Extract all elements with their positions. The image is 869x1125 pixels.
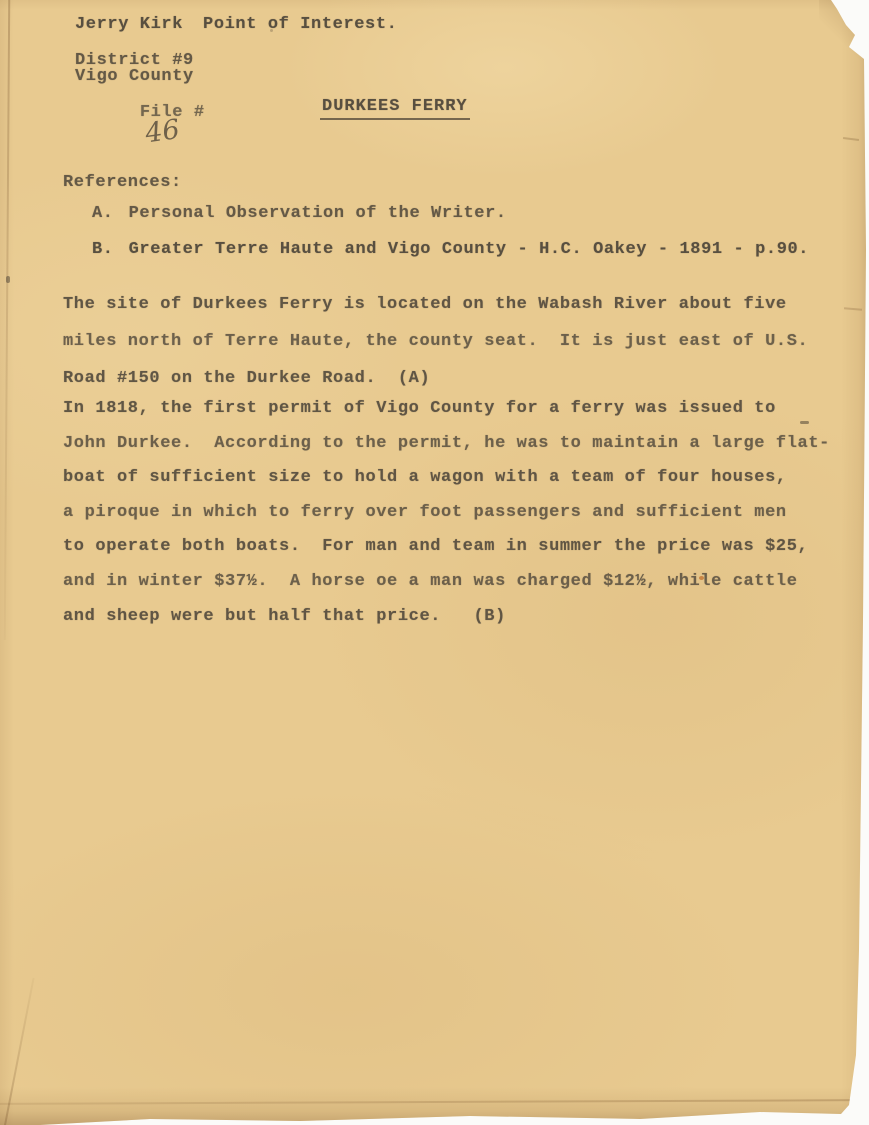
text-line: and in winter $37½. A horse oe a man was… [63,565,830,600]
text-line: to operate both boats. For man and team … [63,530,830,565]
text-line: miles north of Terre Haute, the county s… [63,323,808,360]
author-name: Jerry Kirk [75,15,183,34]
references-heading: References: [63,173,182,192]
text-line: John Durkee. According to the permit, he… [63,427,830,462]
paper-crease-right-upper [843,137,859,141]
byline: Jerry Kirk Point of Interest. [75,15,397,34]
paragraph-2: In 1818, the first permit of Vigo County… [63,392,830,634]
reference-id: B. [92,240,114,259]
edge-speck [6,276,10,283]
text-line: a piroque in which to ferry over foot pa… [63,496,830,531]
torn-corner-shadow [819,0,861,62]
doc-type-label: Point of Interest. [203,15,397,34]
paragraph-1: The site of Durkees Ferry is located on … [63,286,808,397]
paper-fold-bottom [0,1099,869,1105]
document-title: DURKEES FERRY [320,97,470,120]
reference-text: Personal Observation of the Writer. [129,204,507,223]
scan-background: Jerry Kirk Point of Interest. District #… [0,0,869,1125]
text-line: and sheep were but half that price. (B) [63,600,830,635]
file-number-handwritten: 46 [143,114,181,149]
reference-id: A. [92,204,114,223]
reference-item-b: B. Greater Terre Haute and Vigo County -… [92,240,809,259]
reference-item-a: A. Personal Observation of the Writer. [92,204,507,223]
text-line: In 1818, the first permit of Vigo County… [63,392,830,427]
paper-crease-left [4,0,10,640]
text-line: boat of sufficient size to hold a wagon … [63,461,830,496]
file-line: File # 46 [75,84,205,172]
paper-crease-bottom-left [4,978,35,1125]
paper-crease-right-lower [844,307,862,311]
document-page: Jerry Kirk Point of Interest. District #… [0,0,869,1125]
reference-text: Greater Terre Haute and Vigo County - H.… [129,240,810,259]
text-line: The site of Durkees Ferry is located on … [63,286,808,323]
